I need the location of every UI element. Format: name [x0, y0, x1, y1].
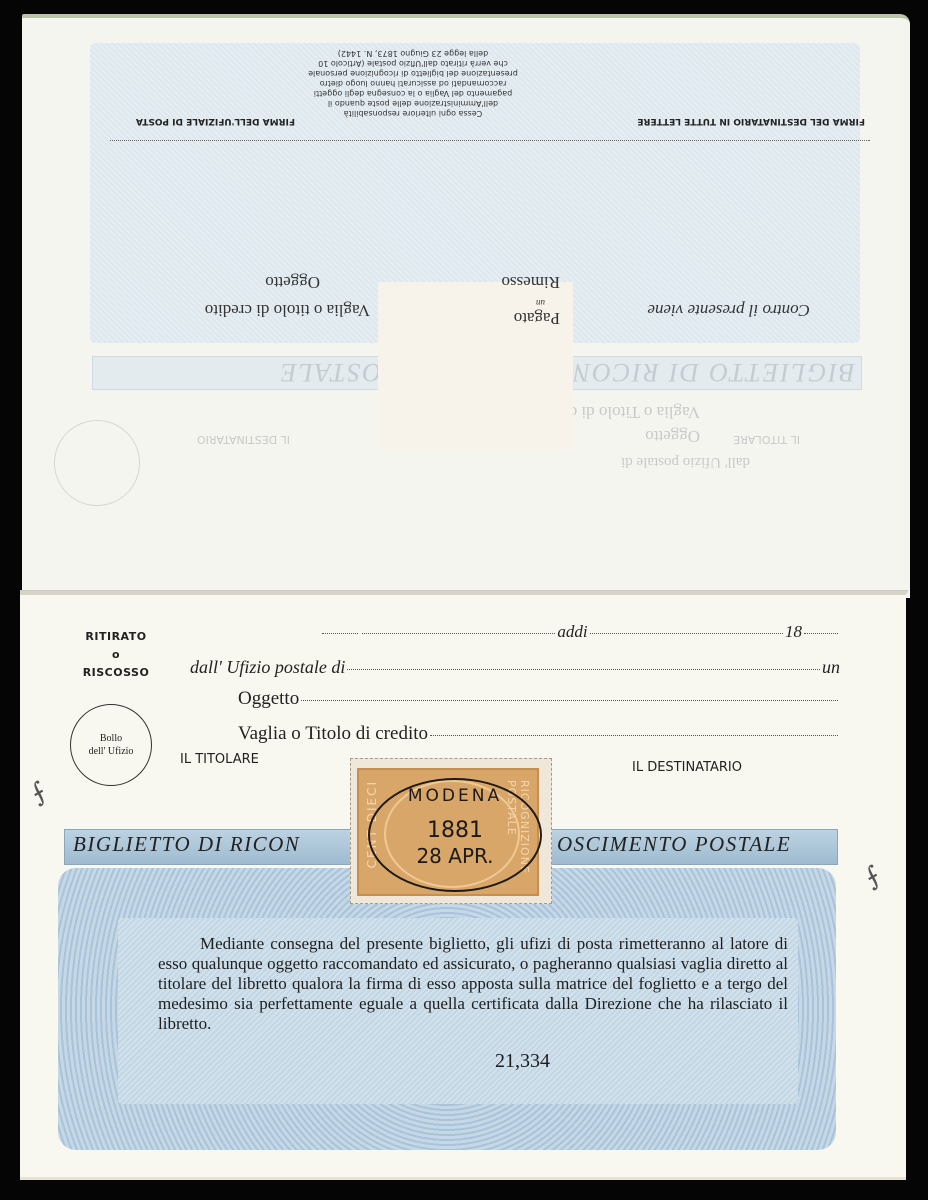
bollo-line2: dell' Ufizio: [89, 745, 134, 758]
serial-number: 21,334: [495, 1050, 550, 1073]
banner-right-text: OSCIMENTO POSTALE: [557, 832, 791, 857]
year-dots[interactable]: [804, 633, 838, 634]
ghost-destinatario: IL DESTINATARIO: [197, 433, 290, 446]
vaglia-row: Vaglia o Titolo di credito: [238, 723, 840, 745]
upper-page: dall' Ufizio postale di Oggetto Vaglia o…: [22, 14, 910, 598]
destinatario-label: IL DESTINATARIO: [632, 760, 742, 775]
vaglia-label: Vaglia o Titolo di credito: [238, 723, 428, 745]
bollo-line1: Bollo: [89, 732, 134, 745]
postmark-town: MODENA: [370, 786, 540, 806]
ritirato-text: RITIRATO: [76, 628, 156, 646]
date-dots-b[interactable]: [362, 633, 555, 634]
o-text: o: [76, 646, 156, 664]
ufizio-field[interactable]: [347, 669, 820, 670]
date-dots-a: [322, 633, 358, 634]
titolare-label: IL TITOLARE: [180, 752, 259, 767]
pagato-label: Pagato: [514, 308, 560, 328]
date-row: addi 18: [320, 622, 840, 642]
riscosso-text: RISCOSSO: [76, 664, 156, 682]
conditions-paragraph: Mediante consegna del presente biglietto…: [158, 934, 788, 1034]
firma-destinatario-header: FIRMA DEL DESTINATARIO IN TUTTE LETTERE: [637, 116, 865, 126]
rimesso-label: Rimesso: [501, 272, 560, 292]
legal-fine-print: Cessa ogni ulteriore responsabilità dell…: [308, 48, 518, 118]
ufizio-label: dall' Ufizio postale di: [190, 657, 345, 678]
signature-line: [110, 140, 870, 141]
bollo-circle: Bollo dell' Ufizio: [70, 704, 152, 786]
oggetto-row: Oggetto: [238, 688, 840, 710]
contro-text: Contro il presente viene: [647, 300, 810, 320]
date-dots-c[interactable]: [590, 633, 783, 634]
vaglia-titolo-label: Vaglia o titolo di credito: [205, 300, 370, 320]
oggetto-label: Oggetto: [238, 688, 299, 710]
oggetto-label: Oggetto: [265, 272, 320, 292]
ghost-titolare: IL TITOLARE: [733, 433, 800, 446]
year-prefix: 18: [785, 622, 802, 642]
ufizio-row: dall' Ufizio postale di un: [190, 657, 840, 678]
postmark-date: 28 APR.: [370, 844, 540, 868]
vaglia-field[interactable]: [430, 735, 838, 736]
ghost-ufizio-label: dall' Ufizio postale di: [621, 453, 750, 470]
banner-left-text: BIGLIETTO DI RICON: [73, 832, 300, 857]
upside-down-panel: dall' Ufizio postale di Oggetto Vaglia o…: [22, 18, 910, 598]
o-un-label: un: [536, 298, 545, 308]
oggetto-field[interactable]: [301, 700, 838, 701]
ghost-oggetto-label: Oggetto: [645, 426, 700, 446]
postmark-year: 1881: [370, 818, 540, 843]
postmark-cancel: MODENA 1881 28 APR.: [368, 778, 542, 892]
un-label: un: [822, 657, 840, 678]
conditions-text: Mediante consegna del presente biglietto…: [158, 934, 788, 1034]
firma-ufiziale-header: FIRMA DELL'UFIZIALE DI POSTA: [136, 116, 295, 126]
addi-label: addi: [557, 622, 587, 642]
ghost-bollo-circle: [54, 420, 140, 506]
ritirato-riscosso-label: RITIRATO o RISCOSSO: [76, 628, 156, 682]
